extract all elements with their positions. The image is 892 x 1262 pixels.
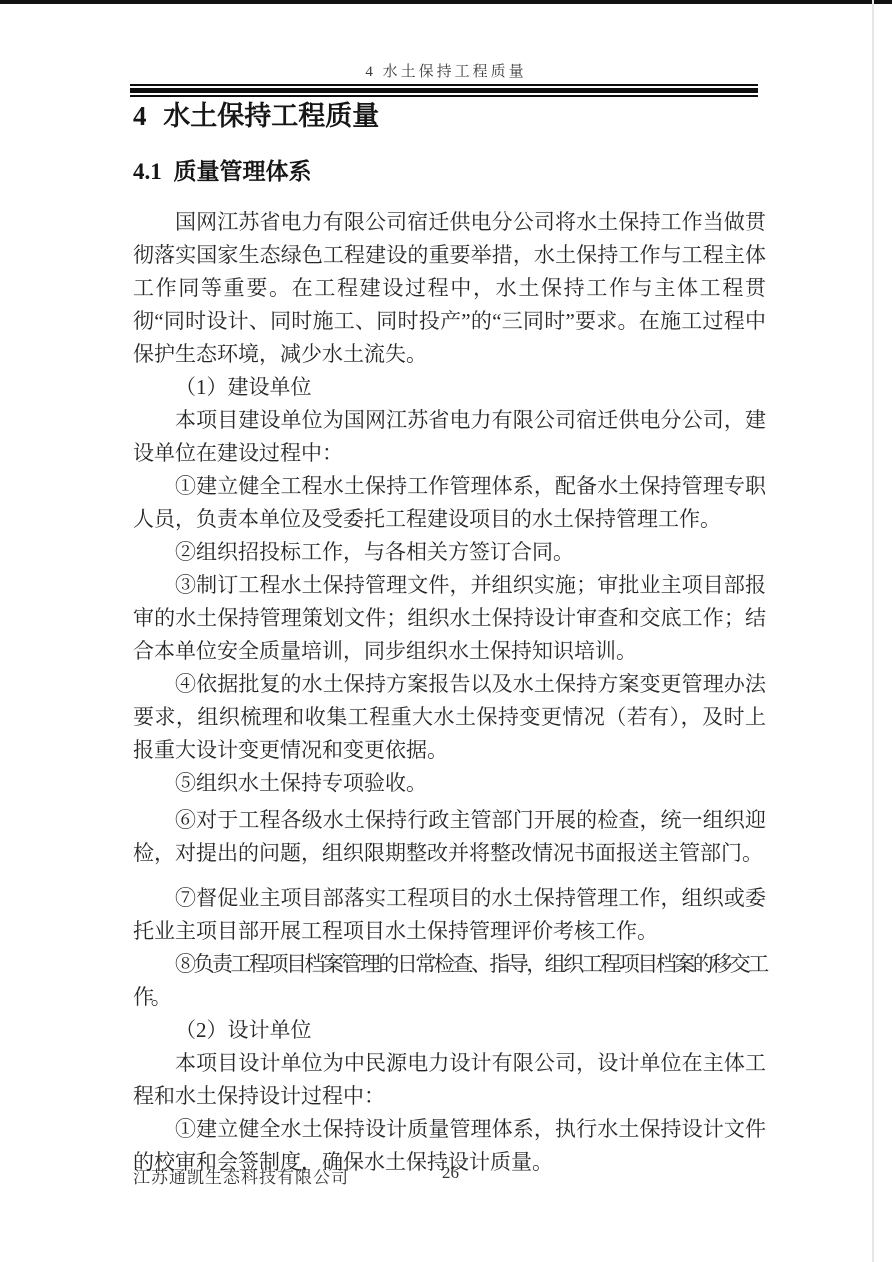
body-paragraph: 国网江苏省电力有限公司宿迁供电分公司将水土保持工作当做贯彻落实国家生态绿色工程建… bbox=[133, 206, 766, 371]
body-paragraph: ③制订工程水土保持管理文件，并组织实施；审批业主项目部报审的水土保持管理策划文件… bbox=[133, 569, 766, 668]
scan-edge-right bbox=[872, 0, 874, 1262]
document-page: 4 水土保持工程质量 4 水土保持工程质量 4.1 质量管理体系 国网江苏省电力… bbox=[0, 0, 892, 1262]
running-header: 4 水土保持工程质量 bbox=[0, 60, 892, 81]
body-paragraph: （1）建设单位 bbox=[133, 371, 766, 404]
page-number: 26 bbox=[133, 1163, 768, 1183]
document-content: 4 水土保持工程质量 4.1 质量管理体系 国网江苏省电力有限公司宿迁供电分公司… bbox=[133, 100, 766, 1179]
body-paragraph: ②组织招投标工作，与各相关方签订合同。 bbox=[133, 536, 766, 569]
body-paragraph: ⑤组织水土保持专项验收。 bbox=[133, 767, 766, 800]
scan-edge-top bbox=[0, 0, 892, 4]
header-rule bbox=[130, 84, 758, 97]
page-footer: 江苏通凯生态科技有限公司 26 bbox=[133, 1163, 768, 1187]
body-paragraph: （2）设计单位 bbox=[133, 1014, 766, 1047]
header-rule-thin-bottom bbox=[130, 95, 758, 97]
body-paragraph: ①建立健全工程水土保持工作管理体系，配备水土保持管理专职人员，负责本单位及受委托… bbox=[133, 470, 766, 536]
section-heading: 4.1 质量管理体系 bbox=[133, 158, 766, 186]
body-paragraph: ⑦督促业主项目部落实工程项目的水土保持管理工作，组织或委托业主项目部开展工程项目… bbox=[133, 882, 766, 948]
body-paragraph: ④依据批复的水土保持方案报告以及水土保持方案变更管理办法要求，组织梳理和收集工程… bbox=[133, 668, 766, 767]
body-paragraph: ⑧负责工程项目档案管理的日常检查、指导，组织工程项目档案的移交工作。 bbox=[133, 948, 766, 1014]
body-paragraphs: 国网江苏省电力有限公司宿迁供电分公司将水土保持工作当做贯彻落实国家生态绿色工程建… bbox=[133, 206, 766, 1179]
body-paragraph: ⑥对于工程各级水土保持行政主管部门开展的检查，统一组织迎检，对提出的问题，组织限… bbox=[133, 804, 766, 870]
body-paragraph: 本项目设计单位为中民源电力设计有限公司，设计单位在主体工程和水土保持设计过程中： bbox=[133, 1047, 766, 1113]
chapter-title: 4 水土保持工程质量 bbox=[133, 100, 766, 132]
body-paragraph: 本项目建设单位为国网江苏省电力有限公司宿迁供电分公司，建设单位在建设过程中： bbox=[133, 404, 766, 470]
